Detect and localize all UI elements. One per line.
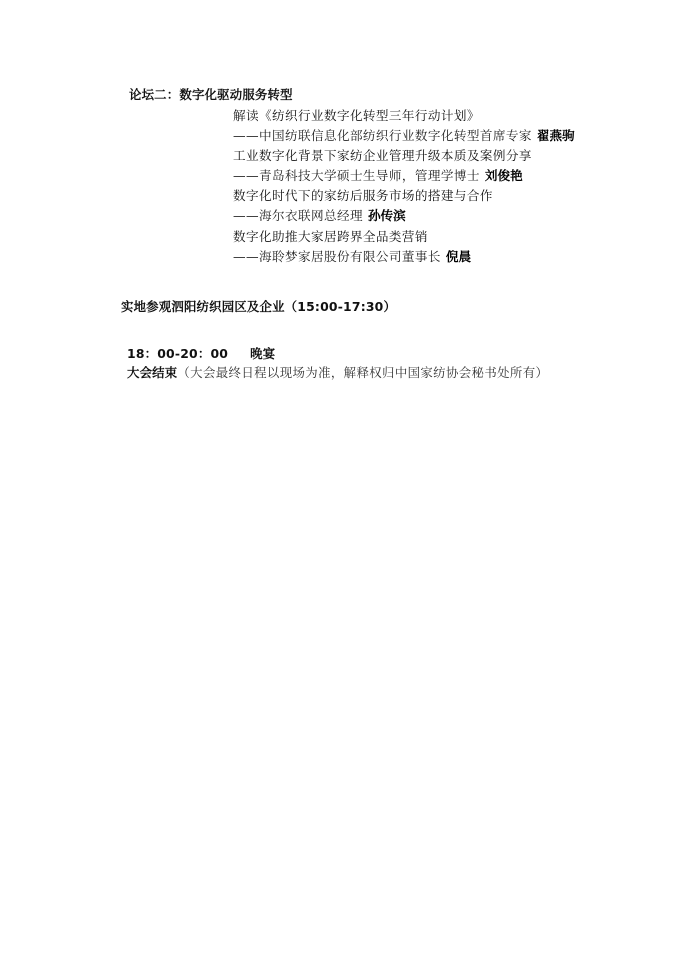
speaker-affiliation: ——中国纺联信息化部纺织行业数字化转型首席专家 xyxy=(233,128,532,143)
speaker-name: 翟燕驹 xyxy=(537,128,575,143)
talk-speaker-4: ——海聆梦家居股份有限公司董事长倪晨 xyxy=(233,249,471,265)
talk-topic-3: 数字化时代下的家纺后服务市场的搭建与合作 xyxy=(233,188,493,204)
dinner-label: 晚宴 xyxy=(250,346,275,361)
speaker-affiliation: ——青岛科技大学硕士生导师，管理学博士 xyxy=(233,168,480,183)
closing-row: 大会结束（大会最终日程以现场为准，解释权归中国家纺协会秘书处所有） xyxy=(127,365,548,381)
talk-topic-4: 数字化助推大家居跨界全品类营销 xyxy=(233,229,428,245)
speaker-name: 孙传滨 xyxy=(368,208,406,223)
dinner-row: 18：00-20：00晚宴 xyxy=(127,346,275,362)
closing-label: 大会结束 xyxy=(127,365,177,380)
forum-title: 论坛二：数字化驱动服务转型 xyxy=(129,87,293,103)
site-visit: 实地参观泗阳纺织园区及企业（15:00-17:30） xyxy=(121,299,396,315)
talk-speaker-1: ——中国纺联信息化部纺织行业数字化转型首席专家翟燕驹 xyxy=(233,128,575,144)
dinner-time: 18：00-20：00 xyxy=(127,346,228,361)
speaker-name: 倪晨 xyxy=(446,249,471,264)
speaker-name: 刘俊艳 xyxy=(485,168,523,183)
talk-speaker-2: ——青岛科技大学硕士生导师，管理学博士刘俊艳 xyxy=(233,168,523,184)
closing-note: （大会最终日程以现场为准，解释权归中国家纺协会秘书处所有） xyxy=(177,365,548,380)
talk-speaker-3: ——海尔衣联网总经理孙传滨 xyxy=(233,208,406,224)
speaker-affiliation: ——海尔衣联网总经理 xyxy=(233,208,363,223)
speaker-affiliation: ——海聆梦家居股份有限公司董事长 xyxy=(233,249,441,264)
talk-topic-2: 工业数字化背景下家纺企业管理升级本质及案例分享 xyxy=(233,148,532,164)
document-page: 论坛二：数字化驱动服务转型 解读《纺织行业数字化转型三年行动计划》 ——中国纺联… xyxy=(0,0,680,961)
talk-topic-1: 解读《纺织行业数字化转型三年行动计划》 xyxy=(233,108,480,124)
